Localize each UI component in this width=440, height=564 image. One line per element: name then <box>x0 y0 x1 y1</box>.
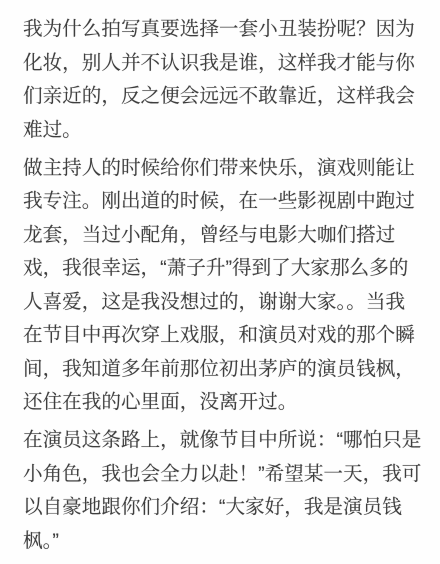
paragraph-acting-career: 做主持人的时候给你们带来快乐，演戏则能让 我专注。刚出道的时候，在一些影视剧中跑… <box>23 152 420 420</box>
text-line: 我专注。刚出道的时候，在一些影视剧中跑过 <box>23 185 420 219</box>
paragraph-clown-outfit: 我为什么拍写真要选择一套小丑装扮呢？因为 化妆，别人并不认识我是谁，这样我才能与… <box>23 13 420 147</box>
article-text: 我为什么拍写真要选择一套小丑装扮呢？因为 化妆，别人并不认识我是谁，这样我才能与… <box>0 0 440 564</box>
text-line: 做主持人的时候给你们带来快乐，演戏则能让 <box>23 152 420 186</box>
text-line: 我为什么拍写真要选择一套小丑装扮呢？因为 <box>23 13 420 47</box>
text-line: 戏，我很幸运，“萧子升”得到了大家那么多的 <box>23 252 420 286</box>
text-line: 龙套，当过小配角，曾经与电影大咖们搭过 <box>23 219 420 253</box>
paragraph-actor-aspiration: 在演员这条路上，就像节目中所说：“哪怕只是 小角色，我也会全力以赴！”希望某一天… <box>23 424 420 558</box>
text-line: 们亲近的，反之便会远远不敢靠近，这样我会 <box>23 80 420 114</box>
text-line: 间，我知道多年前那位初出茅庐的演员钱枫， <box>23 353 420 387</box>
text-line: 在节目中再次穿上戏服，和演员对戏的那个瞬 <box>23 319 420 353</box>
text-line: 以自豪地跟你们介绍：“大家好，我是演员钱 <box>23 491 420 525</box>
text-line: 小角色，我也会全力以赴！”希望某一天，我可 <box>23 458 420 492</box>
text-line: 化妆，别人并不认识我是谁，这样我才能与你 <box>23 47 420 81</box>
text-line: 还住在我的心里面，没离开过。 <box>23 386 420 420</box>
text-line: 在演员这条路上，就像节目中所说：“哪怕只是 <box>23 424 420 458</box>
text-line: 人喜爱，这是我没想过的，谢谢大家。。当我 <box>23 286 420 320</box>
text-line: 枫。” <box>23 525 420 559</box>
text-line: 难过。 <box>23 114 420 148</box>
